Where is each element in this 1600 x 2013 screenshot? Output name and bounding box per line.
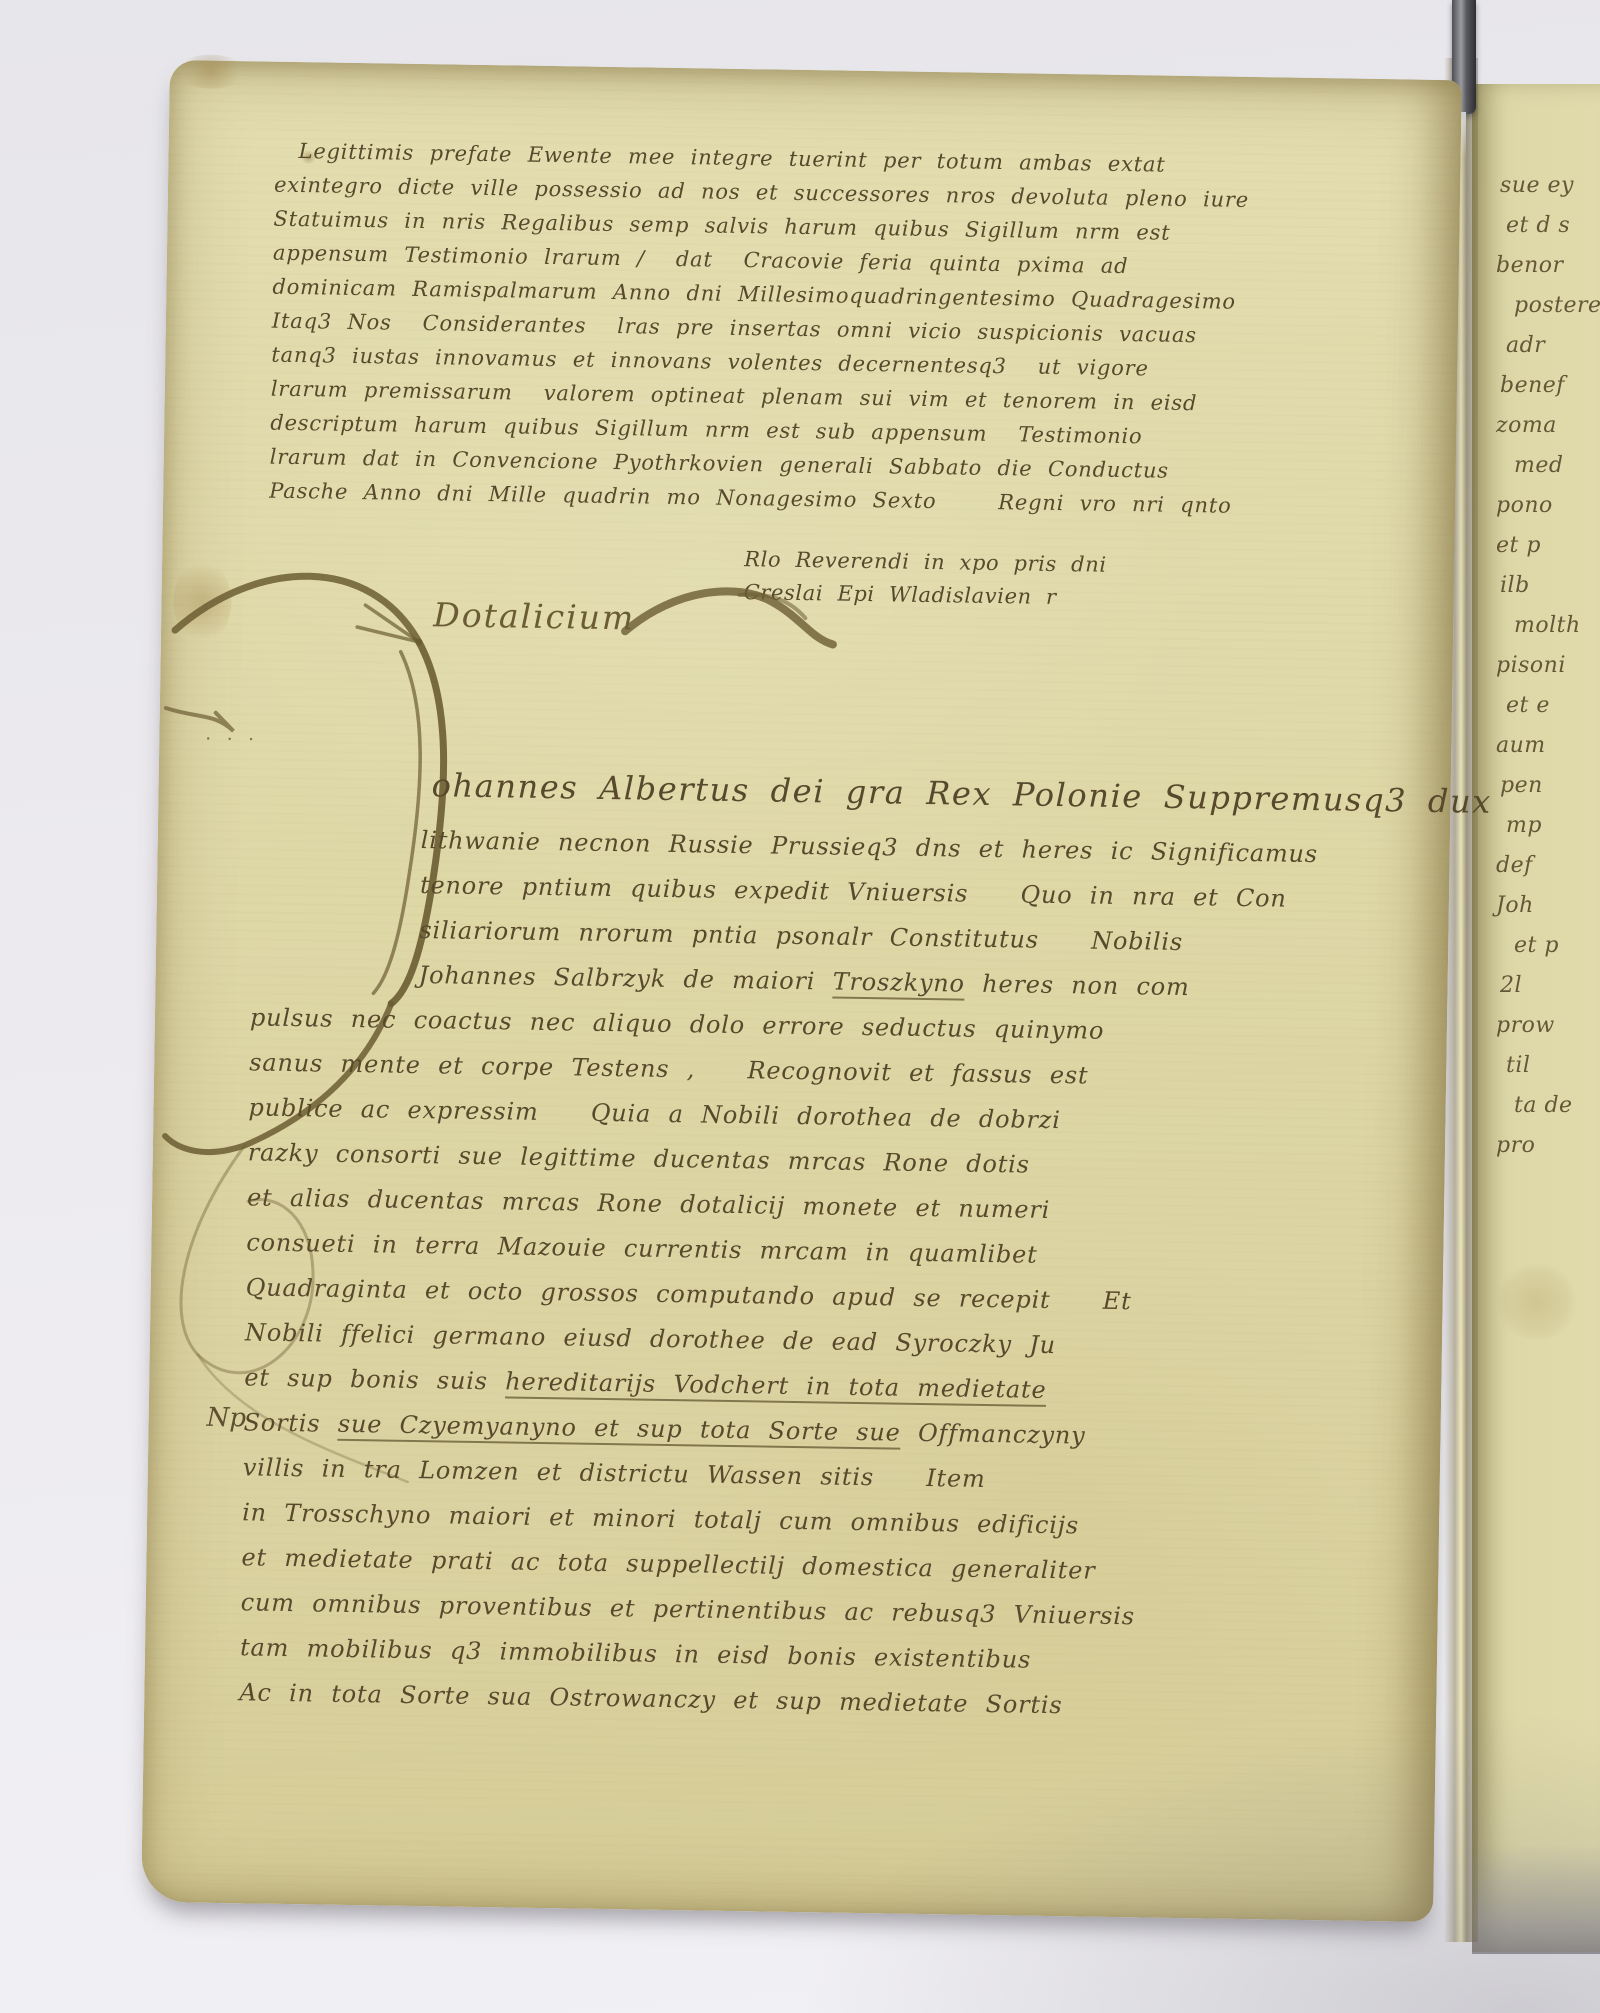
fragment-line: prow — [1496, 1006, 1600, 1046]
fragment-line: benor — [1496, 246, 1600, 286]
facing-page-edge: sue eyet d sbenorpostereadrbenefzomamedp… — [1472, 84, 1600, 1952]
fragment-line: pen — [1500, 766, 1600, 806]
fragment-line: til — [1506, 1046, 1600, 1086]
line-segment: heres non com — [965, 970, 1190, 1002]
underlined-segment: Troszkyno — [832, 968, 965, 1001]
parchment-stain — [176, 54, 247, 89]
fragment-line: aum — [1496, 726, 1600, 766]
parchment-stain — [1494, 1264, 1580, 1340]
fragment-line: et d s — [1506, 206, 1600, 246]
line-segment: et sup bonis suis — [244, 1363, 505, 1395]
fragment-line: postere — [1514, 286, 1600, 326]
fragment-line: pro — [1496, 1126, 1600, 1166]
fragment-line: 2l — [1500, 966, 1600, 1006]
fragment-line: def — [1496, 846, 1600, 886]
fragment-line: molth — [1514, 606, 1600, 646]
fragment-line: adr — [1506, 326, 1600, 366]
fragment-line: et p — [1496, 526, 1600, 566]
fragment-line: sue ey — [1500, 166, 1600, 206]
fragment-line: ilb — [1500, 566, 1600, 606]
margin-note: Np — [206, 1403, 246, 1434]
facing-page-line-fragments: sue eyet d sbenorpostereadrbenefzomamedp… — [1496, 166, 1600, 1166]
fragment-line: pisoni — [1496, 646, 1600, 686]
entry2-text-block: ohannes Albertus dei gra Rex Polonie Sup… — [239, 749, 1264, 1731]
underlined-segment: hereditarijs Vodchert in tota medietate — [505, 1367, 1047, 1406]
manuscript-page: Legittimis prefate Ewente mee integre tu… — [141, 60, 1462, 1922]
fragment-line: zoma — [1496, 406, 1600, 446]
heading-flourish — [619, 575, 850, 659]
entry1-text-block: Legittimis prefate Ewente mee integre tu… — [269, 134, 1275, 524]
line-segment: Sortis — [243, 1408, 338, 1437]
fragment-line: et p — [1514, 926, 1600, 966]
fragment-line: et e — [1506, 686, 1600, 726]
fragment-line: mp — [1506, 806, 1600, 846]
underlined-segment: sue Czyemyanyno et sup tota Sorte sue — [338, 1410, 901, 1450]
margin-dots: · · · — [205, 729, 259, 751]
line-segment: Johannes Salbrzyk de maiori — [418, 961, 832, 996]
fragment-line: ta de — [1514, 1086, 1600, 1126]
line-segment: Offmanczyny — [900, 1419, 1085, 1450]
fragment-line: med — [1514, 446, 1600, 486]
fragment-line: Joh — [1496, 886, 1600, 926]
fragment-line: benef — [1500, 366, 1600, 406]
photograph: sue eyet d sbenorpostereadrbenefzomamedp… — [0, 0, 1600, 2013]
fragment-line: pono — [1496, 486, 1600, 526]
